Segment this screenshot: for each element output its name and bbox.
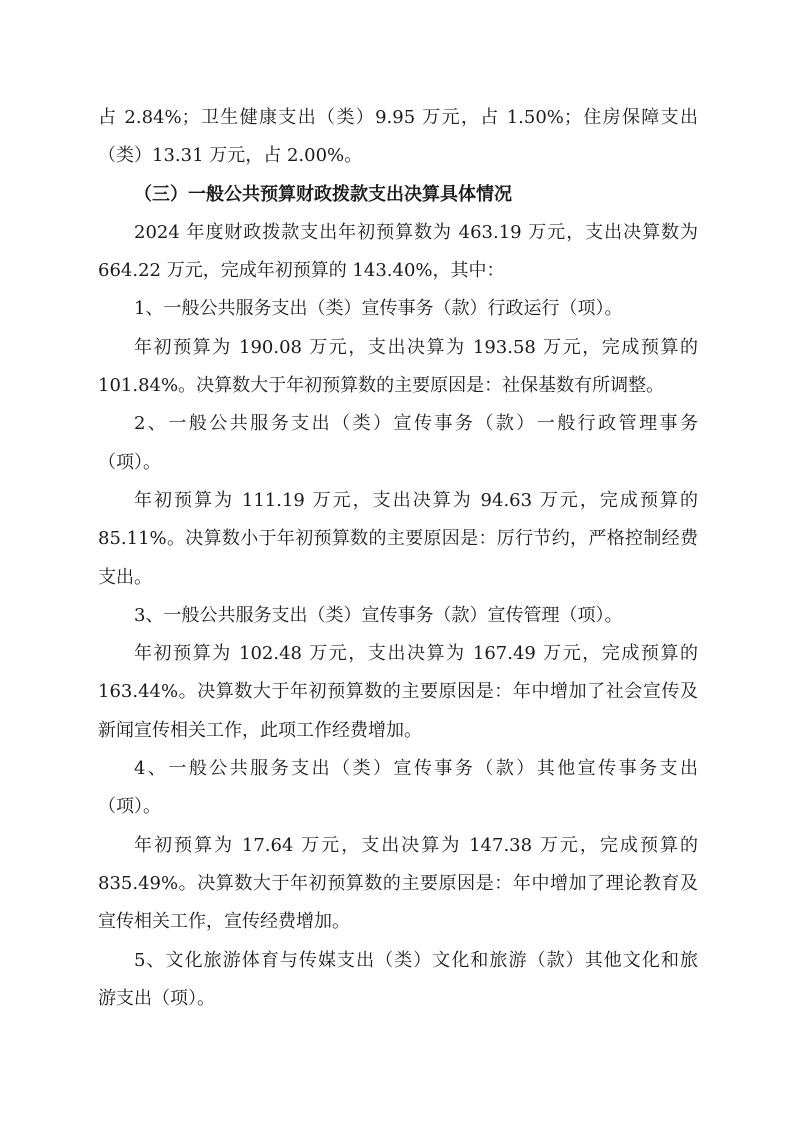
item-title: 1、一般公共服务支出（类）宣传事务（款）行政运行（项）。	[98, 294, 698, 332]
item-detail-line: 宣传相关工作，宣传经费增加。	[98, 907, 698, 945]
item-title-continuation: （项）。	[98, 448, 698, 486]
body-text-line: 占 2.84%；卫生健康支出（类）9.95 万元，占 1.50%；住房保障支出	[98, 103, 698, 141]
item-title-continuation: 游支出（项）。	[98, 984, 698, 1022]
item-title: 4、一般公共服务支出（类）宣传事务（款）其他宣传事务支出	[98, 754, 698, 792]
item-detail-line: 163.44%。决算数大于年初预算数的主要原因是：年中增加了社会宣传及	[98, 677, 698, 715]
body-text-line: （类）13.31 万元，占 2.00%。	[98, 141, 698, 179]
item-title-continuation: （项）。	[98, 792, 698, 830]
item-detail-line: 85.11%。决算数小于年初预算数的主要原因是：厉行节约，严格控制经费	[98, 524, 698, 562]
item-detail-line: 新闻宣传相关工作，此项工作经费增加。	[98, 716, 698, 754]
item-title: 2、一般公共服务支出（类）宣传事务（款）一般行政管理事务	[98, 409, 698, 447]
item-detail-line: 835.49%。决算数大于年初预算数的主要原因是：年中增加了理论教育及	[98, 869, 698, 907]
item-title: 5、文化旅游体育与传媒支出（类）文化和旅游（款）其他文化和旅	[98, 946, 698, 984]
summary-text-line: 664.22 万元，完成年初预算的 143.40%，其中：	[98, 256, 698, 294]
summary-text-line: 2024 年度财政拨款支出年初预算数为 463.19 万元，支出决算数为	[98, 218, 698, 256]
section-heading: （三）一般公共预算财政拨款支出决算具体情况	[98, 180, 698, 218]
document-page: 占 2.84%；卫生健康支出（类）9.95 万元，占 1.50%；住房保障支出 …	[98, 103, 698, 1022]
item-detail-line: 年初预算为 102.48 万元，支出决算为 167.49 万元，完成预算的	[98, 639, 698, 677]
item-detail-line: 年初预算为 190.08 万元，支出决算为 193.58 万元，完成预算的	[98, 333, 698, 371]
item-detail-line: 年初预算为 17.64 万元，支出决算为 147.38 万元，完成预算的	[98, 831, 698, 869]
item-detail-line: 支出。	[98, 563, 698, 601]
item-title: 3、一般公共服务支出（类）宣传事务（款）宣传管理（项）。	[98, 601, 698, 639]
item-detail-line: 年初预算为 111.19 万元，支出决算为 94.63 万元，完成预算的	[98, 486, 698, 524]
item-detail-line: 101.84%。决算数大于年初预算数的主要原因是：社保基数有所调整。	[98, 371, 698, 409]
